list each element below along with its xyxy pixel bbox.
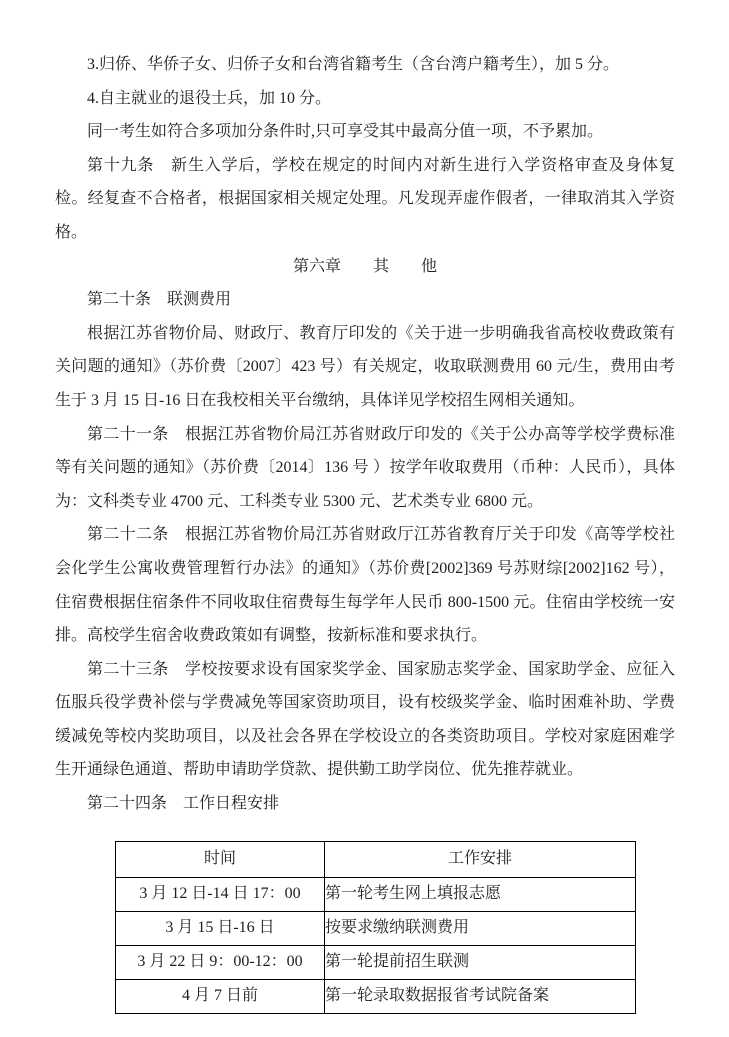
table-row: 3 月 22 日 9：00-12：00 第一轮提前招生联测	[116, 945, 636, 979]
chapter-6-heading: 第六章 其 他	[55, 250, 675, 284]
table-header-plan: 工作安排	[325, 841, 636, 877]
paragraph-article-19: 第十九条 新生入学后，学校在规定的时间内对新生进行入学资格审查及身体复检。经复查…	[55, 149, 675, 250]
table-cell-time: 4 月 7 日前	[116, 979, 325, 1013]
paragraph-bonus-item-3: 3.归侨、华侨子女、归侨子女和台湾省籍考生（含台湾户籍考生），加 5 分。	[55, 48, 675, 82]
paragraph-article-23: 第二十三条 学校按要求设有国家奖学金、国家励志奖学金、国家助学金、应征入伍服兵役…	[55, 653, 675, 787]
table-row: 3 月 15 日-16 日 按要求缴纳联测费用	[116, 911, 636, 945]
paragraph-bonus-item-4: 4.自主就业的退役士兵，加 10 分。	[55, 82, 675, 116]
document-page: 3.归侨、华侨子女、归侨子女和台湾省籍考生（含台湾户籍考生），加 5 分。 4.…	[0, 0, 729, 1037]
work-schedule-table-wrapper: 时间 工作安排 3 月 12 日-14 日 17：00 第一轮考生网上填报志愿 …	[115, 841, 675, 1014]
table-cell-plan: 按要求缴纳联测费用	[325, 911, 636, 945]
table-cell-plan: 第一轮考生网上填报志愿	[325, 877, 636, 911]
paragraph-no-stacking-note: 同一考生如符合多项加分条件时,只可享受其中最高分值一项，不予累加。	[55, 115, 675, 149]
work-schedule-table: 时间 工作安排 3 月 12 日-14 日 17：00 第一轮考生网上填报志愿 …	[115, 841, 636, 1014]
table-header-row: 时间 工作安排	[116, 841, 636, 877]
table-cell-time: 3 月 15 日-16 日	[116, 911, 325, 945]
paragraph-article-20-body: 根据江苏省物价局、财政厅、教育厅印发的《关于进一步明确我省高校收费政策有关问题的…	[55, 317, 675, 418]
paragraph-article-20-title: 第二十条 联测费用	[55, 283, 675, 317]
table-cell-time: 3 月 12 日-14 日 17：00	[116, 877, 325, 911]
table-cell-plan: 第一轮提前招生联测	[325, 945, 636, 979]
table-header-time: 时间	[116, 841, 325, 877]
table-row: 4 月 7 日前 第一轮录取数据报省考试院备案	[116, 979, 636, 1013]
paragraph-article-21: 第二十一条 根据江苏省物价局江苏省财政厅印发的《关于公办高等学校学费标准等有关问…	[55, 418, 675, 519]
paragraph-article-24-title: 第二十四条 工作日程安排	[55, 787, 675, 821]
table-cell-plan: 第一轮录取数据报省考试院备案	[325, 979, 636, 1013]
table-cell-time: 3 月 22 日 9：00-12：00	[116, 945, 325, 979]
paragraph-article-22: 第二十二条 根据江苏省物价局江苏省财政厅江苏省教育厅关于印发《高等学校社会化学生…	[55, 518, 675, 652]
table-row: 3 月 12 日-14 日 17：00 第一轮考生网上填报志愿	[116, 877, 636, 911]
